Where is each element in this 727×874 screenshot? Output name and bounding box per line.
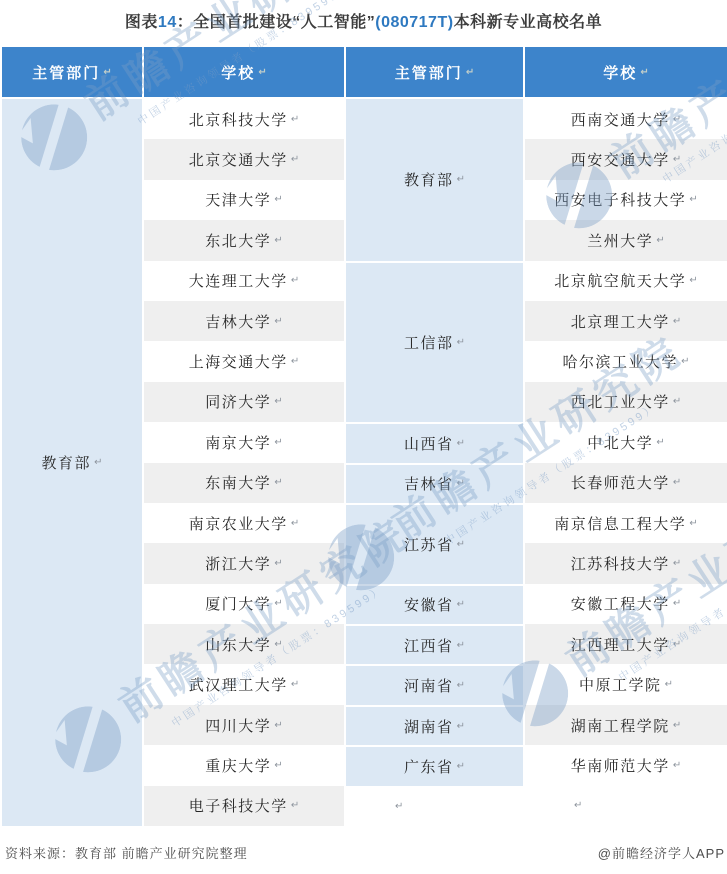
school-cell: 长春师范大学↵ bbox=[525, 463, 727, 503]
return-mark-icon: ↵ bbox=[274, 235, 282, 246]
school-cell: 武汉理工大学↵ bbox=[144, 664, 344, 704]
school-cell: 重庆大学↵ bbox=[144, 745, 344, 785]
school-cell: 浙江大学↵ bbox=[144, 543, 344, 583]
return-mark-icon: ↵ bbox=[689, 275, 697, 286]
return-mark-icon: ↵ bbox=[673, 154, 681, 165]
school-cell: 安徽工程大学↵ bbox=[525, 584, 727, 624]
school-cell: 吉林大学↵ bbox=[144, 301, 344, 341]
school-cell: 东南大学↵ bbox=[144, 463, 344, 503]
return-mark-icon: ↵ bbox=[274, 598, 282, 609]
return-mark-icon: ↵ bbox=[673, 396, 681, 407]
dept-label: 江苏省 bbox=[404, 534, 454, 555]
return-mark-icon: ↵ bbox=[291, 356, 299, 367]
school-label: 西安交通大学 bbox=[571, 149, 670, 170]
school-label: 西南交通大学 bbox=[571, 109, 670, 130]
return-mark-icon: ↵ bbox=[457, 539, 465, 550]
return-mark-icon: ↵ bbox=[689, 518, 697, 529]
school-label: 安徽工程大学 bbox=[571, 593, 670, 614]
school-label: 吉林大学 bbox=[205, 311, 271, 332]
dept-cell: 教育部↵ bbox=[2, 99, 142, 826]
return-mark-icon: ↵ bbox=[274, 760, 282, 771]
school-label: 西安电子科技大学 bbox=[554, 189, 686, 210]
return-mark-icon: ↵ bbox=[274, 720, 282, 731]
school-cell: 西安电子科技大学↵ bbox=[525, 180, 727, 220]
return-mark-icon: ↵ bbox=[673, 558, 681, 569]
school-label: 兰州大学 bbox=[587, 230, 653, 251]
school-cell: 厦门大学↵ bbox=[144, 584, 344, 624]
return-mark-icon: ↵ bbox=[291, 679, 299, 690]
return-mark-icon: ↵ bbox=[457, 761, 465, 772]
school-label: 南京信息工程大学 bbox=[554, 513, 686, 534]
school-label: 长春师范大学 bbox=[571, 472, 670, 493]
return-mark-icon: ↵ bbox=[673, 316, 681, 327]
dept-cell: 江西省↵ bbox=[346, 624, 523, 664]
school-label: 南京大学 bbox=[205, 432, 271, 453]
school-cell: 江西理工大学↵ bbox=[525, 624, 727, 664]
school-label: 北京交通大学 bbox=[189, 149, 288, 170]
school-label: 四川大学 bbox=[205, 715, 271, 736]
return-mark-icon: ↵ bbox=[457, 640, 465, 651]
school-label: 东北大学 bbox=[205, 230, 271, 251]
return-mark-icon: ↵ bbox=[673, 639, 681, 650]
return-mark-icon: ↵ bbox=[457, 174, 465, 185]
dept-label: 湖南省 bbox=[404, 716, 454, 737]
column-header-dept-right: 主管部门↵ bbox=[346, 47, 523, 99]
return-mark-icon: ↵ bbox=[274, 558, 282, 569]
school-label: 同济大学 bbox=[205, 391, 271, 412]
table-grid: 主管部门↵ 学校↵ 主管部门↵ 学校↵ 教育部↵北京科技大学↵北京交通大学↵天津… bbox=[2, 47, 727, 826]
school-label: 中原工学院 bbox=[579, 674, 662, 695]
dept-cell: 湖南省↵ bbox=[346, 705, 523, 745]
dept-cell: 吉林省↵ bbox=[346, 463, 523, 503]
school-label: 中北大学 bbox=[587, 432, 653, 453]
return-mark-icon: ↵ bbox=[673, 114, 681, 125]
school-label: 哈尔滨工业大学 bbox=[563, 351, 679, 372]
return-mark-icon: ↵ bbox=[274, 477, 282, 488]
school-label: 山东大学 bbox=[205, 634, 271, 655]
school-cell: 西北工业大学↵ bbox=[525, 382, 727, 422]
dept-cell: 工信部↵ bbox=[346, 261, 523, 423]
school-cell: 山东大学↵ bbox=[144, 624, 344, 664]
school-label: 浙江大学 bbox=[205, 553, 271, 574]
school-cell: 南京农业大学↵ bbox=[144, 503, 344, 543]
return-mark-icon: ↵ bbox=[291, 518, 299, 529]
return-mark-icon: ↵ bbox=[574, 800, 582, 811]
return-mark-icon: ↵ bbox=[466, 67, 474, 78]
school-cell: 中北大学↵ bbox=[525, 422, 727, 462]
school-label: 天津大学 bbox=[205, 189, 271, 210]
return-mark-icon: ↵ bbox=[665, 679, 673, 690]
return-mark-icon: ↵ bbox=[94, 457, 102, 468]
school-label: 上海交通大学 bbox=[189, 351, 288, 372]
return-mark-icon: ↵ bbox=[274, 194, 282, 205]
school-cell: 华南师范大学↵ bbox=[525, 745, 727, 785]
dept-cell: 山西省↵ bbox=[346, 422, 523, 462]
credit-note: @前瞻经济学人APP bbox=[598, 843, 725, 862]
school-cell: 中原工学院↵ bbox=[525, 664, 727, 704]
dept-label: 吉林省 bbox=[404, 473, 454, 494]
return-mark-icon: ↵ bbox=[395, 801, 403, 812]
school-label: 湖南工程学院 bbox=[571, 715, 670, 736]
return-mark-icon: ↵ bbox=[689, 194, 697, 205]
title-part: 14 bbox=[158, 14, 177, 31]
title-part: (080717T) bbox=[375, 14, 453, 31]
school-label: 江西理工大学 bbox=[571, 634, 670, 655]
dept-cell: 安徽省↵ bbox=[346, 584, 523, 624]
column-header-school-right: 学校↵ bbox=[525, 47, 727, 99]
column-header-school-left: 学校↵ bbox=[144, 47, 344, 99]
return-mark-icon: ↵ bbox=[457, 337, 465, 348]
dept-label: 教育部 bbox=[42, 452, 92, 473]
school-cell: 天津大学↵ bbox=[144, 180, 344, 220]
school-label: 东南大学 bbox=[205, 472, 271, 493]
school-cell: ↵ bbox=[525, 786, 727, 826]
dept-cell: 教育部↵ bbox=[346, 99, 523, 261]
return-mark-icon: ↵ bbox=[640, 67, 648, 78]
school-cell: 西安交通大学↵ bbox=[525, 139, 727, 179]
school-label: 北京理工大学 bbox=[571, 311, 670, 332]
return-mark-icon: ↵ bbox=[274, 396, 282, 407]
return-mark-icon: ↵ bbox=[457, 721, 465, 732]
school-label: 江苏科技大学 bbox=[571, 553, 670, 574]
return-mark-icon: ↵ bbox=[656, 437, 664, 448]
dept-label: 江西省 bbox=[404, 635, 454, 656]
school-label: 南京农业大学 bbox=[189, 513, 288, 534]
school-label: 厦门大学 bbox=[205, 593, 271, 614]
school-cell: 南京信息工程大学↵ bbox=[525, 503, 727, 543]
school-cell: 四川大学↵ bbox=[144, 705, 344, 745]
dept-cell: ↵ bbox=[346, 786, 523, 826]
school-label: 武汉理工大学 bbox=[189, 674, 288, 695]
source-note: 资料来源：教育部 前瞻产业研究院整理 bbox=[5, 843, 248, 862]
return-mark-icon: ↵ bbox=[274, 639, 282, 650]
column-header-label: 主管部门 bbox=[32, 62, 100, 83]
return-mark-icon: ↵ bbox=[457, 680, 465, 691]
dept-label: 广东省 bbox=[404, 756, 454, 777]
school-cell: 兰州大学↵ bbox=[525, 220, 727, 260]
school-cell: 北京交通大学↵ bbox=[144, 139, 344, 179]
school-label: 大连理工大学 bbox=[189, 270, 288, 291]
return-mark-icon: ↵ bbox=[673, 477, 681, 488]
school-cell: 电子科技大学↵ bbox=[144, 786, 344, 826]
return-mark-icon: ↵ bbox=[291, 154, 299, 165]
return-mark-icon: ↵ bbox=[673, 598, 681, 609]
return-mark-icon: ↵ bbox=[673, 720, 681, 731]
page-title: 图表14：全国首批建设“人工智能”(080717T)本科新专业高校名单 bbox=[0, 9, 727, 32]
column-header-label: 学校 bbox=[603, 62, 637, 83]
school-cell: 湖南工程学院↵ bbox=[525, 705, 727, 745]
school-label: 电子科技大学 bbox=[189, 795, 288, 816]
school-label: 重庆大学 bbox=[205, 755, 271, 776]
school-cell: 北京理工大学↵ bbox=[525, 301, 727, 341]
column-header-dept-left: 主管部门↵ bbox=[2, 47, 142, 99]
school-cell: 同济大学↵ bbox=[144, 382, 344, 422]
school-cell: 大连理工大学↵ bbox=[144, 261, 344, 301]
return-mark-icon: ↵ bbox=[291, 114, 299, 125]
school-cell: 上海交通大学↵ bbox=[144, 341, 344, 381]
return-mark-icon: ↵ bbox=[274, 316, 282, 327]
school-label: 华南师范大学 bbox=[571, 755, 670, 776]
return-mark-icon: ↵ bbox=[291, 800, 299, 811]
dept-label: 工信部 bbox=[404, 332, 454, 353]
return-mark-icon: ↵ bbox=[681, 356, 689, 367]
school-cell: 哈尔滨工业大学↵ bbox=[525, 341, 727, 381]
dept-cell: 江苏省↵ bbox=[346, 503, 523, 584]
school-cell: 北京航空航天大学↵ bbox=[525, 261, 727, 301]
return-mark-icon: ↵ bbox=[673, 760, 681, 771]
school-cell: 江苏科技大学↵ bbox=[525, 543, 727, 583]
return-mark-icon: ↵ bbox=[656, 235, 664, 246]
school-cell: 北京科技大学↵ bbox=[144, 99, 344, 139]
school-label: 西北工业大学 bbox=[571, 391, 670, 412]
school-cell: 西南交通大学↵ bbox=[525, 99, 727, 139]
return-mark-icon: ↵ bbox=[103, 67, 111, 78]
dept-cell: 河南省↵ bbox=[346, 664, 523, 704]
dept-label: 山西省 bbox=[404, 433, 454, 454]
school-cell: 南京大学↵ bbox=[144, 422, 344, 462]
return-mark-icon: ↵ bbox=[457, 438, 465, 449]
dept-label: 安徽省 bbox=[404, 594, 454, 615]
return-mark-icon: ↵ bbox=[457, 599, 465, 610]
dept-label: 教育部 bbox=[404, 169, 454, 190]
return-mark-icon: ↵ bbox=[457, 478, 465, 489]
return-mark-icon: ↵ bbox=[274, 437, 282, 448]
school-cell: 东北大学↵ bbox=[144, 220, 344, 260]
dept-label: 河南省 bbox=[404, 675, 454, 696]
return-mark-icon: ↵ bbox=[291, 275, 299, 286]
column-header-label: 主管部门 bbox=[395, 62, 463, 83]
school-label: 北京航空航天大学 bbox=[554, 270, 686, 291]
column-header-label: 学校 bbox=[221, 62, 255, 83]
title-part: 图表 bbox=[125, 14, 158, 31]
school-label: 北京科技大学 bbox=[189, 109, 288, 130]
title-part: 本科新专业高校名单 bbox=[454, 14, 603, 31]
title-part: ：全国首批建设“人工智能” bbox=[177, 14, 376, 31]
dept-cell: 广东省↵ bbox=[346, 745, 523, 785]
return-mark-icon: ↵ bbox=[258, 67, 266, 78]
